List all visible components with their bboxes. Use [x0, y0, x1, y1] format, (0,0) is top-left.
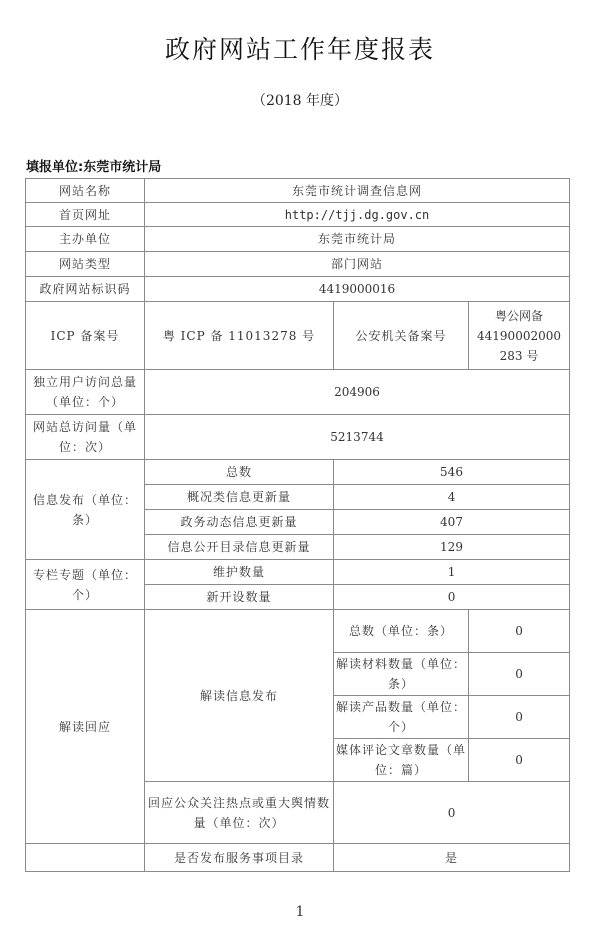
table-row: 网站类型 部门网站	[26, 252, 570, 277]
document-subtitle: （2018 年度）	[0, 90, 600, 110]
interpretation-row-value: 0	[469, 696, 570, 739]
interpretation-row-label: 媒体评论文章数量（单位：篇）	[334, 739, 469, 782]
interpretation-sub-label: 解读信息发布	[145, 610, 334, 782]
table-row: 专栏专题（单位：个） 维护数量 1	[26, 560, 570, 585]
table-row: 是否发布服务事项目录 是	[26, 844, 570, 872]
table-row: 网站总访问量（单位：次） 5213744	[26, 415, 570, 460]
table-row: ICP 备案号 粤 ICP 备 11013278 号 公安机关备案号 粤公网备 …	[26, 302, 570, 370]
info-publish-row-label: 信息公开目录信息更新量	[145, 535, 334, 560]
homepage-url-value: http://tjj.dg.gov.cn	[145, 203, 570, 227]
interpretation-row-value: 0	[469, 653, 570, 696]
info-publish-row-label: 总数	[145, 460, 334, 485]
unique-visitors-label: 独立用户访问总量（单位：个）	[26, 370, 145, 415]
info-publish-row-value: 546	[334, 460, 570, 485]
info-publish-row-label: 政务动态信息更新量	[145, 510, 334, 535]
table-row: 首页网址 http://tjj.dg.gov.cn	[26, 203, 570, 227]
total-visits-label: 网站总访问量（单位：次）	[26, 415, 145, 460]
interpretation-row-label: 解读材料数量（单位：条）	[334, 653, 469, 696]
table-row: 独立用户访问总量（单位：个） 204906	[26, 370, 570, 415]
interpretation-row-value: 0	[469, 739, 570, 782]
empty-cell	[26, 844, 145, 872]
site-id-code-label: 政府网站标识码	[26, 277, 145, 302]
host-unit-label: 主办单位	[26, 227, 145, 252]
interpretation-row-label: 总数（单位：条）	[334, 610, 469, 653]
interpretation-row-value: 0	[469, 610, 570, 653]
unique-visitors-value: 204906	[145, 370, 570, 415]
columns-row-value: 1	[334, 560, 570, 585]
site-name-label: 网站名称	[26, 179, 145, 203]
columns-row-value: 0	[334, 585, 570, 610]
table-row: 解读回应 解读信息发布 总数（单位：条） 0	[26, 610, 570, 653]
table-row: 信息发布（单位：条） 总数 546	[26, 460, 570, 485]
response-label: 回应公众关注热点或重大舆情数量（单位：次）	[145, 782, 334, 844]
table-row: 网站名称 东莞市统计调查信息网	[26, 179, 570, 203]
total-visits-value: 5213744	[145, 415, 570, 460]
report-table: 网站名称 东莞市统计调查信息网 首页网址 http://tjj.dg.gov.c…	[25, 178, 570, 872]
response-value: 0	[334, 782, 570, 844]
icp-value: 粤 ICP 备 11013278 号	[145, 302, 334, 370]
site-type-label: 网站类型	[26, 252, 145, 277]
document-title: 政府网站工作年度报表	[0, 30, 600, 66]
columns-row-label: 维护数量	[145, 560, 334, 585]
info-publish-row-value: 407	[334, 510, 570, 535]
interpretation-label: 解读回应	[26, 610, 145, 844]
icp-label: ICP 备案号	[26, 302, 145, 370]
site-id-code-value: 4419000016	[145, 277, 570, 302]
host-unit-value: 东莞市统计局	[145, 227, 570, 252]
service-catalog-label: 是否发布服务事项目录	[145, 844, 334, 872]
police-record-value: 粤公网备 44190002000 283 号	[469, 302, 570, 370]
table-row: 政府网站标识码 4419000016	[26, 277, 570, 302]
police-record-label: 公安机关备案号	[334, 302, 469, 370]
info-publish-row-label: 概况类信息更新量	[145, 485, 334, 510]
info-publish-row-value: 4	[334, 485, 570, 510]
table-row: 主办单位 东莞市统计局	[26, 227, 570, 252]
info-publish-label: 信息发布（单位：条）	[26, 460, 145, 560]
page-number: 1	[0, 904, 600, 920]
columns-label: 专栏专题（单位：个）	[26, 560, 145, 610]
interpretation-row-label: 解读产品数量（单位：个）	[334, 696, 469, 739]
info-publish-row-value: 129	[334, 535, 570, 560]
filler-unit-label: 填报单位:东莞市统计局	[26, 156, 161, 175]
columns-row-label: 新开设数量	[145, 585, 334, 610]
site-name-value: 东莞市统计调查信息网	[145, 179, 570, 203]
service-catalog-value: 是	[334, 844, 570, 872]
homepage-url-label: 首页网址	[26, 203, 145, 227]
site-type-value: 部门网站	[145, 252, 570, 277]
